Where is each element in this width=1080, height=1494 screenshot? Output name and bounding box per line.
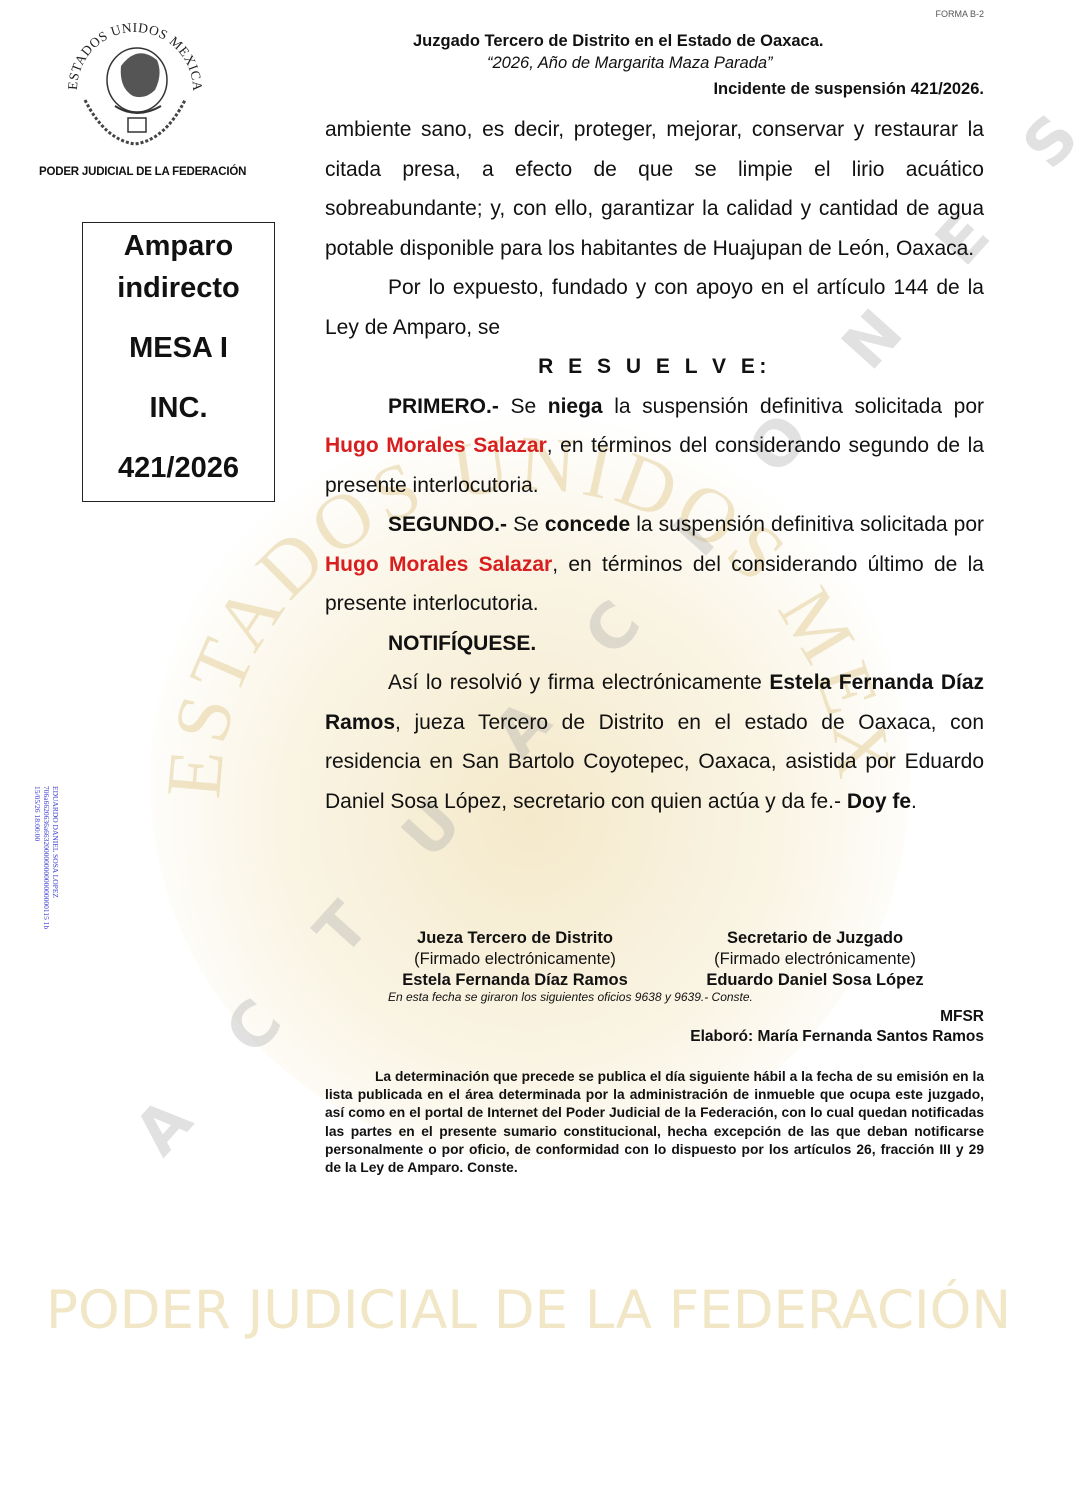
resolutivo-primero: PRIMERO.- Se niega la suspensión definit… (325, 387, 984, 506)
publication-notice-text: La determinación que precede se publica … (325, 1068, 984, 1177)
paragraph-ambiente: ambiente sano, es decir, proteger, mejor… (325, 110, 984, 268)
secretary-signed-note: (Firmado electrónicamente) (670, 949, 960, 970)
court-name: Juzgado Tercero de Distrito en el Estado… (413, 32, 824, 51)
publication-notice: La determinación que precede se publica … (325, 1068, 984, 1177)
judge-signed-note: (Firmado electrónicamente) (370, 949, 660, 970)
case-inc: INC. (83, 391, 274, 426)
oficios-note: En esta fecha se giraron los siguientes … (388, 990, 753, 1004)
incident-number: Incidente de suspensión 421/2026. (713, 80, 984, 99)
secretary-title: Secretario de Juzgado (670, 928, 960, 949)
signature-timestamp: 15/05/26 18:00:00 (33, 786, 42, 929)
quejoso-name: Hugo Morales Salazar (325, 553, 552, 576)
signer-name: EDUARDO DANIEL SOSA LOPEZ (51, 786, 60, 929)
year-motto: “2026, Año de Margarita Maza Parada” (487, 54, 773, 73)
case-type-line1: Amparo (83, 229, 274, 264)
drafter-initials: MFSR (940, 1008, 984, 1026)
electronic-signature-stamp: EDUARDO DANIEL SOSA LOPEZ 706a6620636a66… (33, 786, 60, 929)
drafter-name: Elaboró: María Fernanda Santos Ramos (690, 1028, 984, 1046)
case-mesa: MESA I (83, 331, 274, 366)
doy-fe: Doy fe (847, 790, 911, 813)
institution-label: PODER JUDICIAL DE LA FEDERACIÓN (39, 166, 246, 178)
paragraph-asi-lo-resolvio: Así lo resolvió y firma electrónicamente… (325, 663, 984, 821)
text: la suspensión definitiva solicitada por (603, 395, 984, 418)
judge-title: Jueza Tercero de Distrito (370, 928, 660, 949)
case-box: Amparo indirecto MESA I INC. 421/2026 (82, 222, 275, 502)
judge-name: Estela Fernanda Díaz Ramos (370, 970, 660, 991)
case-number: 421/2026 (83, 451, 274, 486)
paragraph-por-lo-expuesto: Por lo expuesto, fundado y con apoyo en … (325, 268, 984, 347)
segundo-label: SEGUNDO.- (388, 513, 507, 536)
text: Así lo resolvió y firma electrónicamente (388, 671, 769, 694)
segundo-verb: concede (545, 513, 630, 536)
resolution-body: ambiente sano, es decir, proteger, mejor… (325, 110, 984, 821)
text: Se (499, 395, 548, 418)
notifiquese: NOTIFÍQUESE. (325, 624, 984, 664)
text: Se (507, 513, 545, 536)
mexican-coat-of-arms-icon: ESTADOS UNIDOS MEXICANOS (55, 10, 215, 160)
text: . (911, 790, 917, 813)
case-type-line2: indirecto (83, 271, 274, 306)
pjf-footer-watermark: PODER JUDICIAL DE LA FEDERACIÓN (46, 1280, 1036, 1341)
resuelve-heading: R E S U E L V E: (325, 347, 984, 387)
secretary-name: Eduardo Daniel Sosa López (670, 970, 960, 991)
quejoso-name: Hugo Morales Salazar (325, 434, 547, 457)
primero-verb: niega (548, 395, 603, 418)
primero-label: PRIMERO.- (388, 395, 499, 418)
judge-signature: Jueza Tercero de Distrito (Firmado elect… (370, 928, 660, 991)
signature-hash: 706a6620636a663200000000000000000115 1b (42, 786, 51, 929)
secretary-signature: Secretario de Juzgado (Firmado electróni… (670, 928, 960, 991)
resolutivo-segundo: SEGUNDO.- Se concede la suspensión defin… (325, 505, 984, 624)
text: la suspensión definitiva solicitada por (630, 513, 984, 536)
form-code: FORMA B-2 (935, 9, 984, 19)
